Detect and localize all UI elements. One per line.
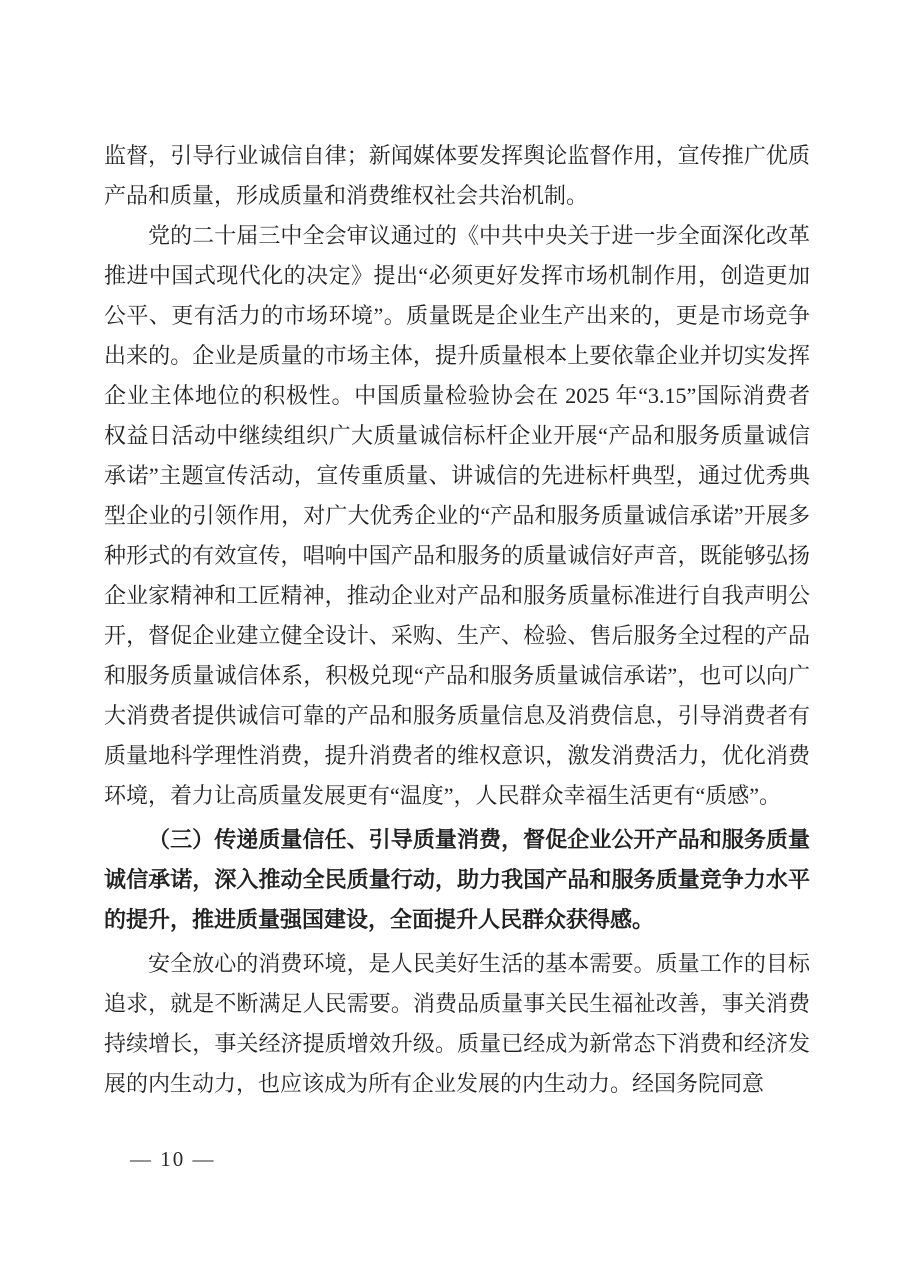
paragraph-market-mechanism-integrity-pledge: 党的二十届三中全会审议通过的《中共中央关于进一步全面深化改革推进中国式现代化的决…: [104, 216, 810, 816]
page-number: — 10 —: [130, 1146, 216, 1172]
section-heading-three: （三）传递质量信任、引导质量消费，督促企业公开产品和服务质量诚信承诺，深入推动全…: [104, 820, 810, 940]
paragraph-consumption-environment: 安全放心的消费环境，是人民美好生活的基本需要。质量工作的目标追求，就是不断满足人…: [104, 944, 810, 1104]
document-page: 监督，引导行业诚信自律；新闻媒体要发挥舆论监督作用，宣传推广优质产品和质量，形成…: [0, 0, 900, 1273]
paragraph-continuation-supervision: 监督，引导行业诚信自律；新闻媒体要发挥舆论监督作用，宣传推广优质产品和质量，形成…: [104, 136, 810, 216]
document-body: 监督，引导行业诚信自律；新闻媒体要发挥舆论监督作用，宣传推广优质产品和质量，形成…: [104, 136, 810, 1104]
